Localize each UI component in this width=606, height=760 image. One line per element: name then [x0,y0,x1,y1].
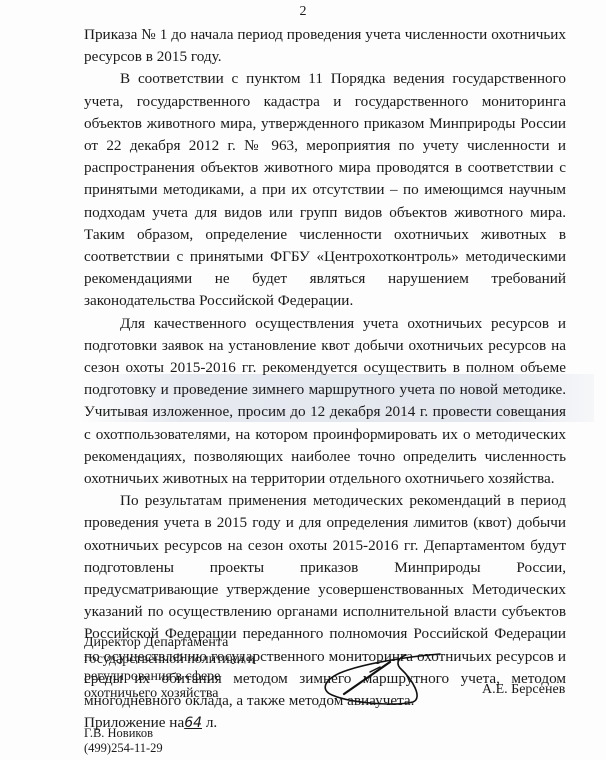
contact-block: Г.В. Новиков (499)254-11-29 [84,726,163,756]
signer-name: А.Е. Берсенев [482,682,565,698]
page-number: 2 [0,4,606,20]
signer-title-line-1: Директор Департамента [84,634,255,651]
paragraph-recommendation: Для качественного осуществления учета ох… [84,313,566,491]
letter-body: Приказа № 1 до начала период проведения … [84,24,566,735]
signer-title-line-4: охотничьего хозяйства [84,685,255,702]
contact-name: Г.В. Новиков [84,726,163,741]
signer-title-line-2: государственной политики и [84,651,255,668]
handwritten-signature-icon [318,650,443,710]
signer-title-line-3: регулирования в сфере [84,668,255,685]
paragraph-legal-basis: В соответствии с пунктом 11 Порядка веде… [84,68,566,312]
contact-phone: (499)254-11-29 [84,741,163,756]
attachment-suffix: л. [202,714,217,731]
signature-block: Директор Департамента государственной по… [84,634,255,702]
attachment-handwritten-number: 64 [184,715,202,731]
paragraph-continuation: Приказа № 1 до начала период проведения … [84,24,566,68]
document-page: 2 Приказа № 1 до начала период проведени… [0,0,606,760]
